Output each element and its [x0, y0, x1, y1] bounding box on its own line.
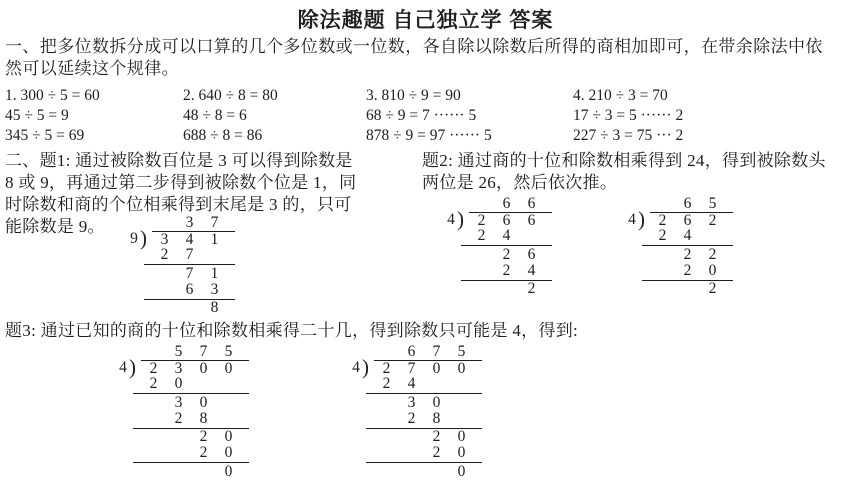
quotient-digit: 6 [519, 196, 544, 212]
intro-line: 然可以延续这个规律。 [5, 58, 849, 80]
dividend-digit: 2 [700, 213, 725, 228]
work-digit [374, 395, 399, 411]
work-digit [141, 464, 166, 480]
work-digit [216, 395, 241, 411]
work-digit [449, 376, 474, 392]
work-digit [191, 376, 216, 392]
work-digit: 2 [700, 247, 725, 263]
dividend-digits: 266 [469, 212, 552, 228]
work-digit [166, 445, 191, 461]
division-bracket-icon: ) [457, 210, 469, 228]
equation-line: 345 ÷ 5 = 69 [5, 126, 100, 146]
work-digit: 0 [216, 429, 241, 445]
work-digit [166, 429, 191, 445]
work-digit: 2 [494, 263, 519, 279]
work-digit: 2 [700, 281, 725, 297]
work-digit [519, 228, 544, 244]
quotient-row: 65 [650, 196, 725, 212]
work-digit: 3 [399, 395, 424, 411]
work-digit [374, 429, 399, 445]
work-digit: 0 [449, 464, 474, 480]
work-digit: 3 [202, 282, 227, 298]
dividend-digit: 2 [469, 213, 494, 228]
work-digit: 4 [399, 376, 424, 392]
problem2-line: 题2: 通过商的十位和除数相乘得到 24，得到被除数头 [422, 150, 849, 172]
quotient-row: 37 [152, 215, 227, 231]
problem2-text: 题2: 通过商的十位和除数相乘得到 24，得到被除数头 两位是 26，然后依次推… [422, 150, 849, 194]
dividend-digit: 3 [152, 232, 177, 247]
work-digit [216, 411, 241, 427]
work-digit [675, 281, 700, 297]
work-row: 20 [141, 376, 241, 392]
dividend-digit: 0 [424, 361, 449, 376]
division-bracket-icon: ) [362, 358, 374, 376]
divisor-digit: 4 [445, 212, 457, 228]
work-row: 28 [374, 411, 474, 427]
work-digit: 2 [675, 263, 700, 279]
division-bracket-icon: ) [129, 358, 141, 376]
work-digit: 0 [449, 429, 474, 445]
divisor-digit: 9 [128, 231, 140, 247]
work-digit: 0 [700, 263, 725, 279]
problem1-line: 二、题1: 通过被除数百位是 3 可以得到除数是 [5, 150, 425, 172]
dividend-digits: 262 [650, 212, 733, 228]
work-digit [374, 464, 399, 480]
work-row: 24 [469, 263, 544, 279]
dividend-row: 4)262 [626, 212, 733, 228]
equation-line: 2. 640 ÷ 8 = 80 [183, 86, 278, 106]
dividend-digit: 2 [374, 361, 399, 376]
quotient-digit: 5 [166, 344, 191, 360]
work-digit: 2 [166, 411, 191, 427]
work-digit [399, 464, 424, 480]
division-bracket-icon: ) [638, 210, 650, 228]
work-digit [141, 411, 166, 427]
work-digit [152, 266, 177, 282]
equation-column-3: 3. 810 ÷ 9 = 90 68 ÷ 9 = 7 ······ 5 878 … [366, 86, 492, 146]
work-digit: 8 [424, 411, 449, 427]
work-row: 2 [469, 281, 544, 297]
equation-line: 45 ÷ 5 = 9 [5, 106, 100, 126]
work-digit: 2 [152, 247, 177, 263]
work-digit [166, 464, 191, 480]
problem1-line: 8 或 9，再通过第二步得到被除数个位是 1，同 [5, 172, 425, 194]
quotient-row: 575 [141, 344, 241, 360]
work-digit: 0 [216, 464, 241, 480]
work-digit [399, 445, 424, 461]
work-digit [141, 395, 166, 411]
work-digit: 4 [675, 228, 700, 244]
dividend-digits: 2700 [374, 360, 482, 376]
section1-intro: 一、把多位数拆分成可以口算的几个多位数或一位数，各自除以除数后所得的商相加即可，… [5, 36, 849, 80]
work-digit [469, 247, 494, 263]
work-digit [202, 247, 227, 263]
long-division-problem3-first: 5754)230020302820200 [117, 344, 249, 480]
page-title: 除法趣题 自己独立学 答案 [0, 4, 851, 34]
work-digit: 0 [191, 395, 216, 411]
work-digit [424, 464, 449, 480]
dividend-digit: 7 [399, 361, 424, 376]
work-digit [494, 281, 519, 297]
work-digit: 2 [424, 445, 449, 461]
dividend-digit: 2 [141, 361, 166, 376]
work-digit: 0 [449, 445, 474, 461]
work-digit: 3 [166, 395, 191, 411]
quotient-digit [650, 196, 675, 212]
problem2-line: 两位是 26，然后依次推。 [422, 172, 849, 194]
work-row: 24 [374, 376, 474, 392]
work-digit: 1 [202, 266, 227, 282]
equation-line: 17 ÷ 3 = 5 ······ 2 [573, 106, 683, 126]
work-row: 71 [152, 266, 227, 282]
dividend-digit: 6 [675, 213, 700, 228]
divisor-digit: 4 [350, 360, 362, 376]
work-digit: 2 [675, 247, 700, 263]
work-digit: 4 [519, 263, 544, 279]
equation-column-1: 1. 300 ÷ 5 = 60 45 ÷ 5 = 9 345 ÷ 5 = 69 [5, 86, 100, 146]
dividend-digit: 2 [650, 213, 675, 228]
long-division-problem2-second: 654)2622422202 [626, 196, 733, 297]
equation-line: 688 ÷ 8 = 86 [183, 126, 278, 146]
work-row: 20 [141, 445, 241, 461]
dividend-digit: 4 [177, 232, 202, 247]
equation-line: 48 ÷ 8 = 6 [183, 106, 278, 126]
work-row: 20 [374, 429, 474, 445]
dividend-row: 9)341 [128, 231, 235, 247]
quotient-digit: 3 [177, 215, 202, 231]
work-digit: 4 [494, 228, 519, 244]
quotient-digit [374, 344, 399, 360]
work-digit: 0 [424, 395, 449, 411]
work-digit [424, 376, 449, 392]
equation-line: 1. 300 ÷ 5 = 60 [5, 86, 100, 106]
divisor-digit: 4 [626, 212, 638, 228]
equation-line: 4. 210 ÷ 3 = 70 [573, 86, 683, 106]
work-digit: 2 [399, 411, 424, 427]
work-digit [399, 429, 424, 445]
dividend-row: 4)2300 [117, 360, 249, 376]
work-digit [374, 445, 399, 461]
work-digit: 2 [469, 228, 494, 244]
quotient-digit: 5 [700, 196, 725, 212]
work-digit [374, 411, 399, 427]
long-division-problem2-first: 664)2662426242 [445, 196, 552, 297]
equation-column-2: 2. 640 ÷ 8 = 80 48 ÷ 8 = 6 688 ÷ 8 = 86 [183, 86, 278, 146]
quotient-row: 675 [374, 344, 474, 360]
work-row: 30 [141, 395, 241, 411]
work-digit: 2 [374, 376, 399, 392]
problem1-line: 时除数和商的个位相乘得到末尾是 3 的，只可 [5, 194, 425, 216]
long-division-problem1: 379)3412771638 [128, 215, 235, 316]
work-digit: 6 [519, 247, 544, 263]
work-digit: 2 [494, 247, 519, 263]
work-digit [152, 282, 177, 298]
equation-line: 227 ÷ 3 = 75 ··· 2 [573, 126, 683, 146]
work-row: 20 [141, 429, 241, 445]
work-row: 0 [141, 464, 241, 480]
work-row: 63 [152, 282, 227, 298]
equation-column-4: 4. 210 ÷ 3 = 70 17 ÷ 3 = 5 ······ 2 227 … [573, 86, 683, 146]
work-digit [650, 247, 675, 263]
work-digit: 2 [424, 429, 449, 445]
work-row: 30 [374, 395, 474, 411]
quotient-digit: 6 [494, 196, 519, 212]
quotient-digit: 5 [449, 344, 474, 360]
work-row: 26 [469, 247, 544, 263]
work-digit [191, 464, 216, 480]
work-digit: 0 [216, 445, 241, 461]
quotient-digit: 7 [424, 344, 449, 360]
work-digit [469, 281, 494, 297]
work-digit: 2 [141, 376, 166, 392]
work-digit [700, 228, 725, 244]
divisor-digit: 4 [117, 360, 129, 376]
work-digit: 0 [166, 376, 191, 392]
work-digit [216, 376, 241, 392]
dividend-digit: 3 [166, 361, 191, 376]
equation-line: 3. 810 ÷ 9 = 90 [366, 86, 492, 106]
dividend-digits: 2300 [141, 360, 249, 376]
long-division-problem3-second: 6754)270024302820200 [350, 344, 482, 480]
work-row: 20 [650, 263, 725, 279]
quotient-row: 66 [469, 196, 544, 212]
work-digit: 2 [650, 228, 675, 244]
work-digit [152, 300, 177, 316]
work-digit: 2 [191, 429, 216, 445]
dividend-digit: 0 [216, 361, 241, 376]
quotient-digit: 7 [191, 344, 216, 360]
work-digit [449, 411, 474, 427]
dividend-row: 4)266 [445, 212, 552, 228]
work-row: 0 [374, 464, 474, 480]
dividend-digit: 6 [494, 213, 519, 228]
work-digit [177, 300, 202, 316]
quotient-digit [152, 215, 177, 231]
work-digit: 8 [202, 300, 227, 316]
work-row: 22 [650, 247, 725, 263]
work-row: 20 [374, 445, 474, 461]
work-digit [141, 429, 166, 445]
work-row: 8 [152, 300, 227, 316]
quotient-digit: 6 [675, 196, 700, 212]
work-digit [650, 263, 675, 279]
work-digit: 7 [177, 266, 202, 282]
dividend-digits: 341 [152, 231, 235, 247]
work-digit [141, 445, 166, 461]
dividend-digit: 1 [202, 232, 227, 247]
equation-line: 878 ÷ 9 = 97 ······ 5 [366, 126, 492, 146]
quotient-digit [141, 344, 166, 360]
work-row: 24 [469, 228, 544, 244]
work-digit [650, 281, 675, 297]
division-bracket-icon: ) [140, 229, 152, 247]
work-digit: 2 [519, 281, 544, 297]
work-digit [469, 263, 494, 279]
problem3-text: 题3: 通过已知的商的十位和除数相乘得二十几，得到除数只可能是 4，得到: [5, 316, 578, 341]
work-digit: 2 [191, 445, 216, 461]
quotient-digit [469, 196, 494, 212]
quotient-digit: 6 [399, 344, 424, 360]
work-digit: 6 [177, 282, 202, 298]
dividend-digit: 6 [519, 213, 544, 228]
quotient-digit: 7 [202, 215, 227, 231]
dividend-row: 4)2700 [350, 360, 482, 376]
work-digit: 8 [191, 411, 216, 427]
dividend-digit: 0 [191, 361, 216, 376]
work-digit [449, 395, 474, 411]
equation-line: 68 ÷ 9 = 7 ······ 5 [366, 106, 492, 126]
work-row: 28 [141, 411, 241, 427]
quotient-digit: 5 [216, 344, 241, 360]
work-row: 24 [650, 228, 725, 244]
work-row: 27 [152, 247, 227, 263]
worksheet-page: 除法趣题 自己独立学 答案 一、把多位数拆分成可以口算的几个多位数或一位数，各自… [0, 0, 851, 485]
work-digit: 7 [177, 247, 202, 263]
work-row: 2 [650, 281, 725, 297]
intro-line: 一、把多位数拆分成可以口算的几个多位数或一位数，各自除以除数后所得的商相加即可，… [5, 36, 849, 58]
dividend-digit: 0 [449, 361, 474, 376]
